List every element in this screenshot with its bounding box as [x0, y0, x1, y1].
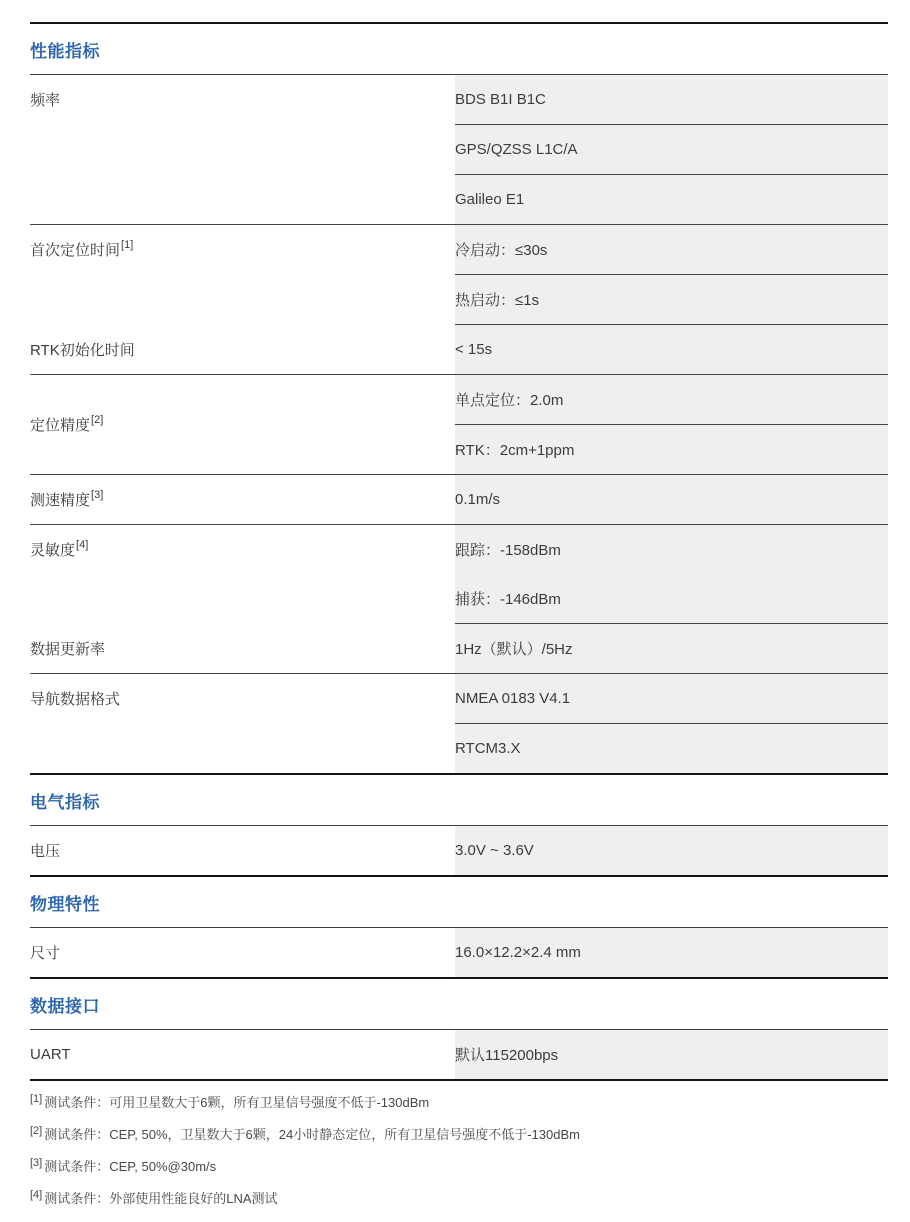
spec-label-cell: 导航数据格式 [30, 674, 455, 724]
spec-label-cell: 频率 [30, 75, 455, 125]
spec-value-cell: BDS B1I B1C [455, 75, 888, 125]
spec-section: 电气指标 电压3.0V ~ 3.6V [30, 773, 888, 875]
table-row: 首次定位时间[1]冷启动：≤30s [30, 225, 888, 275]
footnote-item: [4]测试条件：外部使用性能良好的LNA测试 [30, 1183, 888, 1215]
table-row: 频率BDS B1I B1C [30, 75, 888, 125]
table-row: 捕获：-146dBm [30, 574, 888, 624]
section-title: 性能指标 [30, 24, 888, 74]
section-title: 电气指标 [30, 775, 888, 825]
footnote-text: 测试条件：CEP, 50%，卫星数大于6颗，24小时静态定位，所有卫星信号强度不… [44, 1127, 580, 1142]
footnote-item: [3]测试条件：CEP, 50%@30m/s [30, 1151, 888, 1183]
footnote-text: 测试条件：可用卫星数大于6颗，所有卫星信号强度不低于-130dBm [44, 1095, 429, 1110]
footnote-text: 测试条件：CEP, 50%@30m/s [44, 1159, 216, 1174]
spec-table: 电压3.0V ~ 3.6V [30, 825, 888, 875]
spec-sections: 性能指标 频率BDS B1I B1CGPS/QZSS L1C/AGalileo … [30, 22, 888, 1079]
table-row: 定位精度[2]单点定位：2.0m [30, 375, 888, 425]
table-row: 数据更新率1Hz（默认）/5Hz [30, 624, 888, 674]
table-row: 电压3.0V ~ 3.6V [30, 826, 888, 876]
spec-value-cell: 捕获：-146dBm [455, 574, 888, 624]
spec-label-cell [30, 175, 455, 225]
spec-value-cell: 跟踪：-158dBm [455, 525, 888, 575]
spec-label: 数据更新率 [30, 641, 105, 658]
footnote-marker: [4] [30, 1189, 42, 1201]
table-row: 灵敏度[4]跟踪：-158dBm [30, 525, 888, 575]
spec-label-cell: UART [30, 1030, 455, 1080]
spec-label: 频率 [30, 92, 60, 109]
spec-label-cell: 灵敏度[4] [30, 525, 455, 575]
footnote-text: 测试条件：外部使用性能良好的LNA测试 [44, 1191, 277, 1206]
section-title: 物理特性 [30, 877, 888, 927]
spec-label-cell [30, 724, 455, 774]
spec-label: UART [30, 1046, 71, 1063]
spec-value-cell: 热启动：≤1s [455, 275, 888, 325]
spec-section: 物理特性 尺寸16.0×12.2×2.4 mm [30, 875, 888, 977]
footnote-item: [1]测试条件：可用卫星数大于6颗，所有卫星信号强度不低于-130dBm [30, 1087, 888, 1119]
footnote-ref: [2] [91, 414, 103, 426]
spec-label-cell [30, 125, 455, 175]
section-title: 数据接口 [30, 979, 888, 1029]
spec-value-cell: RTCM3.X [455, 724, 888, 774]
table-row: GPS/QZSS L1C/A [30, 125, 888, 175]
spec-value-cell: 1Hz（默认）/5Hz [455, 624, 888, 674]
spec-label: RTK初始化时间 [30, 342, 135, 359]
spec-label: 首次定位时间 [30, 242, 120, 259]
footnote-marker: [1] [30, 1093, 42, 1105]
table-row: RTK初始化时间< 15s [30, 325, 888, 375]
footnote-ref: [1] [121, 239, 133, 251]
spec-value-cell: 16.0×12.2×2.4 mm [455, 928, 888, 978]
spec-label: 定位精度 [30, 417, 90, 434]
table-row: 导航数据格式NMEA 0183 V4.1 [30, 674, 888, 724]
table-row: RTCM3.X [30, 724, 888, 774]
spec-value-cell: 冷启动：≤30s [455, 225, 888, 275]
spec-value-cell: 3.0V ~ 3.6V [455, 826, 888, 876]
table-row: 热启动：≤1s [30, 275, 888, 325]
spec-label-cell [30, 574, 455, 624]
spec-section: 数据接口 UART默认115200bps [30, 977, 888, 1079]
table-row: Galileo E1 [30, 175, 888, 225]
footnote-marker: [3] [30, 1157, 42, 1169]
spec-label-cell: 测速精度[3] [30, 475, 455, 525]
spec-value-cell: RTK：2cm+1ppm [455, 425, 888, 475]
spec-table: 尺寸16.0×12.2×2.4 mm [30, 927, 888, 977]
spec-label-cell: 定位精度[2] [30, 375, 455, 475]
spec-table: UART默认115200bps [30, 1029, 888, 1079]
spec-value-cell: < 15s [455, 325, 888, 375]
spec-label: 尺寸 [30, 945, 60, 962]
footnote-ref: [4] [76, 539, 88, 551]
footnote-marker: [2] [30, 1125, 42, 1137]
spec-value-cell: 默认115200bps [455, 1030, 888, 1080]
spec-value-cell: Galileo E1 [455, 175, 888, 225]
spec-value-cell: GPS/QZSS L1C/A [455, 125, 888, 175]
spec-value-cell: 0.1m/s [455, 475, 888, 525]
spec-label-cell [30, 275, 455, 325]
table-row: UART默认115200bps [30, 1030, 888, 1080]
spec-section: 性能指标 频率BDS B1I B1CGPS/QZSS L1C/AGalileo … [30, 22, 888, 773]
spec-label: 电压 [30, 843, 60, 860]
footnote-item: [2]测试条件：CEP, 50%，卫星数大于6颗，24小时静态定位，所有卫星信号… [30, 1119, 888, 1151]
spec-table: 频率BDS B1I B1CGPS/QZSS L1C/AGalileo E1首次定… [30, 74, 888, 773]
spec-label: 测速精度 [30, 492, 90, 509]
spec-label-cell: 尺寸 [30, 928, 455, 978]
footnote-ref: [3] [91, 489, 103, 501]
table-row: 测速精度[3]0.1m/s [30, 475, 888, 525]
footnotes: [1]测试条件：可用卫星数大于6颗，所有卫星信号强度不低于-130dBm [2]… [30, 1079, 888, 1222]
spec-label-cell: 数据更新率 [30, 624, 455, 674]
spec-label-cell: 电压 [30, 826, 455, 876]
spec-value-cell: 单点定位：2.0m [455, 375, 888, 425]
table-row: 尺寸16.0×12.2×2.4 mm [30, 928, 888, 978]
spec-label: 灵敏度 [30, 542, 75, 559]
spec-document: 性能指标 频率BDS B1I B1CGPS/QZSS L1C/AGalileo … [0, 0, 910, 1222]
spec-label-cell: 首次定位时间[1] [30, 225, 455, 275]
spec-label: 导航数据格式 [30, 691, 120, 708]
spec-value-cell: NMEA 0183 V4.1 [455, 674, 888, 724]
spec-label-cell: RTK初始化时间 [30, 325, 455, 375]
